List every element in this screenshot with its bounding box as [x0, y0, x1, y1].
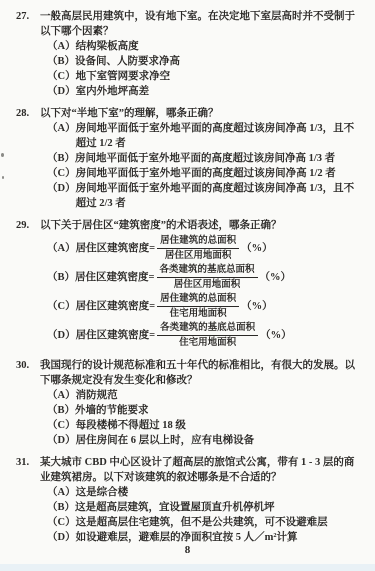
option-row: （C） 地下室管网要求净空 [47, 69, 361, 84]
question-number: 31. [16, 455, 40, 545]
option-text: 外墙的节能要求 [75, 403, 361, 418]
option-text: 房间地平面低于室外地平面的高度超过该房间净高 1/3 者 [75, 151, 361, 166]
option-label: （A） [47, 121, 76, 151]
question-number: 28. [16, 106, 40, 211]
option-row: （D） 居住房间在 6 层以上时，应有电梯设备 [47, 433, 361, 448]
question-30: 30. 我国现行的设计规范标准和五十年代的标准相比，有很大的发展。以下哪条规定没… [16, 358, 361, 448]
option-row: （A） 这是综合楼 [47, 485, 361, 500]
option-label: （B） [47, 270, 75, 285]
question-stem: 我国现行的设计规范标准和五十年代的标准相比，有很大的发展。以下哪条规定没有发生变… [40, 358, 361, 388]
fraction: 居住建筑的总面积 居住区用地面积 [157, 235, 239, 262]
page-number: 8 [0, 543, 375, 558]
option-label: （C） [47, 69, 76, 84]
option-row: （A） 房间地平面低于室外地平面的高度超过该房间净高 1/3，且不超过 1/2 … [47, 121, 361, 151]
option-row: （B） 外墙的节能要求 [47, 403, 361, 418]
question-body: 一般高层民用建筑中，设有地下室。在决定地下室层高时并不受制于以下哪个因素？ （A… [40, 9, 361, 99]
option-row: （A） 结构梁板高度 [47, 39, 361, 54]
option-text: 设备间、人防要求净高 [75, 54, 361, 69]
option-text: 消防规范 [76, 388, 361, 403]
option-label: （D） [47, 433, 76, 448]
scan-speck [1, 153, 4, 157]
option-label: （A） [47, 39, 76, 54]
question-stem: 某大城市 CBD 中心区设计了超高层的旅馆式公寓，带有 1 - 3 层的商业建筑… [40, 455, 361, 485]
option-row: （C） 房间地平面低于室外地平面的高度超过该房间净高 1/2 者 [47, 166, 361, 181]
question-body: 以下对“半地下室”的理解，哪条正确？ （A） 房间地平面低于室外地平面的高度超过… [40, 106, 361, 211]
option-label: （C） [47, 515, 76, 530]
option-row: （D） 室内外地坪高差 [47, 84, 361, 99]
option-label: （C） [47, 166, 76, 181]
question-body: 我国现行的设计规范标准和五十年代的标准相比，有很大的发展。以下哪条规定没有发生变… [40, 358, 361, 448]
option-label: （B） [47, 500, 75, 515]
option-row: （C） 这是超高层住宅建筑，但不是公共建筑，可不设避难层 [47, 515, 361, 530]
option-text: 这是超高层住宅建筑，但不是公共建筑，可不设避难层 [76, 515, 361, 530]
question-28: 28. 以下对“半地下室”的理解，哪条正确？ （A） 房间地平面低于室外地平面的… [16, 106, 361, 211]
option-label: （C） [47, 418, 76, 433]
percent-unit: （%） [241, 241, 273, 256]
option-row-formula: （A） 居住区建筑密度= 居住建筑的总面积 居住区用地面积 （%） [47, 235, 361, 262]
scan-bottom-edge [0, 564, 375, 571]
option-label: （A） [47, 485, 76, 500]
options-list: （A） 居住区建筑密度= 居住建筑的总面积 居住区用地面积 （%） （B） 居住… [47, 235, 361, 349]
option-row: （A） 消防规范 [47, 388, 361, 403]
fraction-denominator: 住宅用地面积 [157, 307, 239, 320]
question-27: 27. 一般高层民用建筑中，设有地下室。在决定地下室层高时并不受制于以下哪个因素… [16, 9, 361, 99]
scan-speck [2, 176, 4, 179]
question-29: 29. 以下关于居住区“建筑密度”的术语表述，哪条正确？ （A） 居住区建筑密度… [16, 218, 361, 351]
fraction-numerator: 居住建筑的总面积 [157, 293, 239, 307]
question-stem: 一般高层民用建筑中，设有地下室。在决定地下室层高时并不受制于以下哪个因素？ [40, 9, 361, 39]
option-text: 房间地平面低于室外地平面的高度超过该房间净高 1/2 者 [76, 166, 361, 181]
fraction-numerator: 各类建筑的基底总面积 [157, 264, 258, 278]
option-text: 房间地平面低于室外地平面的高度超过该房间净高 1/3，且不超过 2/3 者 [76, 181, 361, 211]
percent-unit: （%） [260, 328, 292, 343]
option-row-formula: （C） 居住区建筑密度= 居住建筑的总面积 住宅用地面积 （%） [47, 293, 361, 320]
option-label: （B） [47, 151, 75, 166]
options-list: （A） 消防规范 （B） 外墙的节能要求 （C） 每段楼梯不得超过 18 级 （… [47, 388, 361, 448]
option-text: 居住房间在 6 层以上时，应有电梯设备 [76, 433, 361, 448]
question-number: 30. [16, 358, 40, 448]
option-text: 这是超高层建筑，宜设置屋顶直升机停机坪 [75, 500, 361, 515]
option-label: （D） [47, 84, 76, 99]
option-row-formula: （B） 居住区建筑密度= 各类建筑的基底总面积 居住区用地面积 （%） [47, 264, 361, 291]
option-label: （B） [47, 54, 75, 69]
fraction-denominator: 居住区用地面积 [157, 278, 258, 291]
option-label: （D） [47, 181, 76, 211]
fraction-denominator: 住宅用地面积 [157, 336, 258, 349]
options-list: （A） 房间地平面低于室外地平面的高度超过该房间净高 1/3，且不超过 1/2 … [47, 121, 361, 211]
option-label: （D） [47, 328, 76, 343]
option-text: 这是综合楼 [76, 485, 361, 500]
scanned-exam-page: { "page": { "number": "8", "background_c… [0, 0, 375, 571]
question-body: 以下关于居住区“建筑密度”的术语表述，哪条正确？ （A） 居住区建筑密度= 居住… [40, 218, 361, 351]
question-stem: 以下关于居住区“建筑密度”的术语表述，哪条正确？ [40, 218, 361, 233]
formula-prefix: 居住区建筑密度= [75, 270, 154, 285]
option-label: （A） [47, 388, 76, 403]
question-number: 29. [16, 218, 40, 351]
question-31: 31. 某大城市 CBD 中心区设计了超高层的旅馆式公寓，带有 1 - 3 层的… [16, 455, 361, 545]
fraction: 居住建筑的总面积 住宅用地面积 [157, 293, 239, 320]
fraction-numerator: 各类建筑的基底总面积 [157, 322, 258, 336]
option-row: （B） 这是超高层建筑，宜设置屋顶直升机停机坪 [47, 500, 361, 515]
option-label: （A） [47, 241, 76, 256]
option-text: 室内外地坪高差 [76, 84, 361, 99]
fraction-numerator: 居住建筑的总面积 [157, 235, 239, 249]
option-text: 每段楼梯不得超过 18 级 [76, 418, 361, 433]
fraction: 各类建筑的基底总面积 居住区用地面积 [157, 264, 258, 291]
formula-prefix: 居住区建筑密度= [76, 299, 155, 314]
options-list: （A） 这是综合楼 （B） 这是超高层建筑，宜设置屋顶直升机停机坪 （C） 这是… [47, 485, 361, 545]
option-text: 房间地平面低于室外地平面的高度超过该房间净高 1/3，且不超过 1/2 者 [76, 121, 361, 151]
formula-prefix: 居住区建筑密度= [76, 328, 155, 343]
percent-unit: （%） [260, 270, 292, 285]
option-row: （B） 设备间、人防要求净高 [47, 54, 361, 69]
question-body: 某大城市 CBD 中心区设计了超高层的旅馆式公寓，带有 1 - 3 层的商业建筑… [40, 455, 361, 545]
option-row: （C） 每段楼梯不得超过 18 级 [47, 418, 361, 433]
options-list: （A） 结构梁板高度 （B） 设备间、人防要求净高 （C） 地下室管网要求净空 … [47, 39, 361, 99]
option-row-formula: （D） 居住区建筑密度= 各类建筑的基底总面积 住宅用地面积 （%） [47, 322, 361, 349]
option-label: （B） [47, 403, 75, 418]
fraction: 各类建筑的基底总面积 住宅用地面积 [157, 322, 258, 349]
question-stem: 以下对“半地下室”的理解，哪条正确？ [40, 106, 361, 121]
option-label: （C） [47, 299, 76, 314]
option-text: 结构梁板高度 [76, 39, 361, 54]
fraction-denominator: 居住区用地面积 [157, 249, 239, 262]
option-text: 地下室管网要求净空 [76, 69, 361, 84]
question-number: 27. [16, 9, 40, 99]
option-row: （B） 房间地平面低于室外地平面的高度超过该房间净高 1/3 者 [47, 151, 361, 166]
percent-unit: （%） [241, 299, 273, 314]
formula-prefix: 居住区建筑密度= [76, 241, 155, 256]
exam-sheet: 27. 一般高层民用建筑中，设有地下室。在决定地下室层高时并不受制于以下哪个因素… [0, 0, 375, 545]
option-row: （D） 房间地平面低于室外地平面的高度超过该房间净高 1/3，且不超过 2/3 … [47, 181, 361, 211]
